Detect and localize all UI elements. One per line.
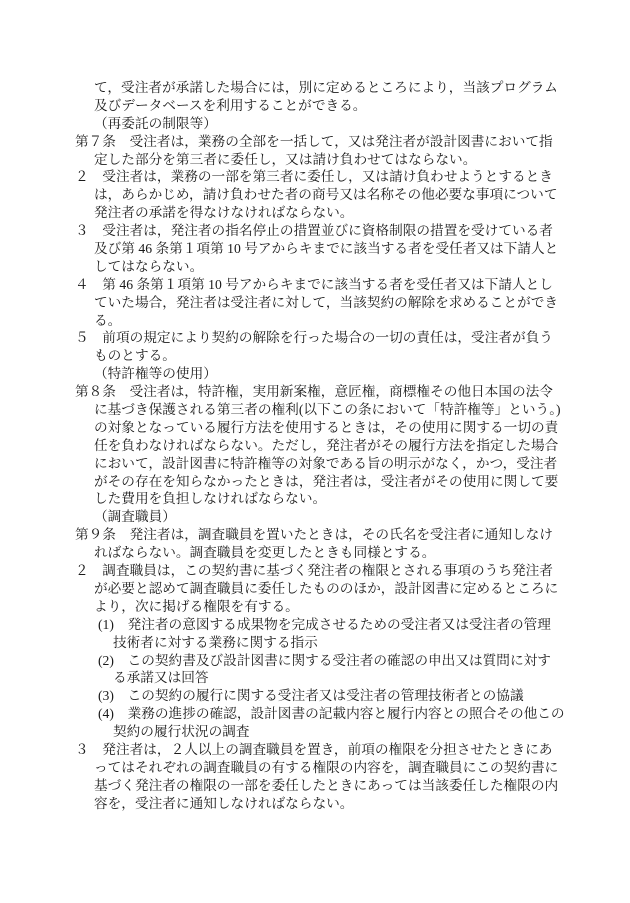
document-line: 定した部分を第三者に委任し，又は請け負わせてはならない。 <box>75 151 559 169</box>
document-line: 第８条 受注者は，特許権，実用新案権，意匠権，商標権その他日本国の法令 <box>75 383 559 401</box>
document-line: がその存在を知らなかったときは，発注者は，受注者がその使用に関して要 <box>75 473 559 491</box>
document-line: る。 <box>75 312 559 330</box>
document-line: より，次に掲げる権限を有する。 <box>75 598 559 616</box>
document-line: 及びデータベースを利用することができる。 <box>75 97 559 115</box>
document-line: (3) この契約の履行に関する受注者又は受注者の管理技術者との協議 <box>75 687 559 705</box>
document-line: ５ 前項の規定により契約の解除を行った場合の一切の責任は，受注者が負う <box>75 329 559 347</box>
document-line: 及び第 46 条第１項第 10 号アからキまでに該当する者を受任者又は下請人と <box>75 240 559 258</box>
document-line: 任を負わなければならない。ただし，発注者がその履行方法を指定した場合 <box>75 437 559 455</box>
document-line: 容を，受注者に通知しなければならない。 <box>75 795 559 813</box>
document-line: に基づき保護される第三者の権利(以下この条において「特許権等」という。) <box>75 401 559 419</box>
document-line: ってはそれぞれの調査職員の有する権限の内容を，調査職員にこの契約書に <box>75 759 559 777</box>
document-body: て，受注者が承諾した場合には，別に定めるところにより，当該プログラム及びデータベ… <box>75 79 559 813</box>
document-line: 発注者の承諾を得なけなければならない。 <box>75 204 559 222</box>
document-page: て，受注者が承諾した場合には，別に定めるところにより，当該プログラム及びデータベ… <box>0 0 630 903</box>
document-line: (1) 発注者の意図する成果物を完成させるための受注者又は受注者の管理 <box>75 616 559 634</box>
document-line: 技術者に対する業務に関する指示 <box>75 634 559 652</box>
document-line: て，受注者が承諾した場合には，別に定めるところにより，当該プログラム <box>75 79 559 97</box>
document-line: ていた場合，発注者は受注者に対して，当該契約の解除を求めることができ <box>75 294 559 312</box>
document-line: において，設計図書に特許権等の対象である旨の明示がなく，かつ，受注者 <box>75 455 559 473</box>
document-line: 第９条 発注者は，調査職員を置いたときは，その氏名を受注者に通知しなけ <box>75 526 559 544</box>
document-line: （再委託の制限等） <box>75 115 559 133</box>
document-line: ２ 受注者は，業務の一部を第三者に委任し，又は請け負わせようとするとき <box>75 168 559 186</box>
document-line: ２ 調査職員は，この契約書に基づく発注者の権限とされる事項のうち発注者 <box>75 562 559 580</box>
document-line: が必要と認めて調査職員に委任したもののほか，設計図書に定めるところに <box>75 580 559 598</box>
document-line: (4) 業務の進捗の確認，設計図書の記載内容と履行内容との照合その他この <box>75 705 559 723</box>
document-line: の対象となっている履行方法を使用するときは，その使用に関する一切の責 <box>75 419 559 437</box>
document-line: ３ 受注者は，発注者の指名停止の措置並びに資格制限の措置を受けている者 <box>75 222 559 240</box>
document-line: してはならない。 <box>75 258 559 276</box>
document-line: (2) この契約書及び設計図書に関する受注者の確認の申出又は質問に対す <box>75 652 559 670</box>
document-line: ４ 第 46 条第１項第 10 号アからキまでに該当する者を受任者又は下請人とし <box>75 276 559 294</box>
document-line: した費用を負担しなければならない。 <box>75 490 559 508</box>
document-line: 第７条 受注者は，業務の全部を一括して，又は発注者が設計図書において指 <box>75 133 559 151</box>
document-line: は，あらかじめ，請け負わせた者の商号又は名称その他必要な事項について <box>75 186 559 204</box>
document-line: 契約の履行状況の調査 <box>75 723 559 741</box>
document-line: ３ 発注者は，２人以上の調査職員を置き，前項の権限を分担させたときにあ <box>75 741 559 759</box>
document-line: る承諾又は回答 <box>75 669 559 687</box>
document-line: 基づく発注者の権限の一部を委任したときにあっては当該委任した権限の内 <box>75 777 559 795</box>
document-line: （調査職員） <box>75 508 559 526</box>
document-line: ものとする。 <box>75 347 559 365</box>
document-line: （特許権等の使用） <box>75 365 559 383</box>
document-line: ればならない。調査職員を変更したときも同様とする。 <box>75 544 559 562</box>
